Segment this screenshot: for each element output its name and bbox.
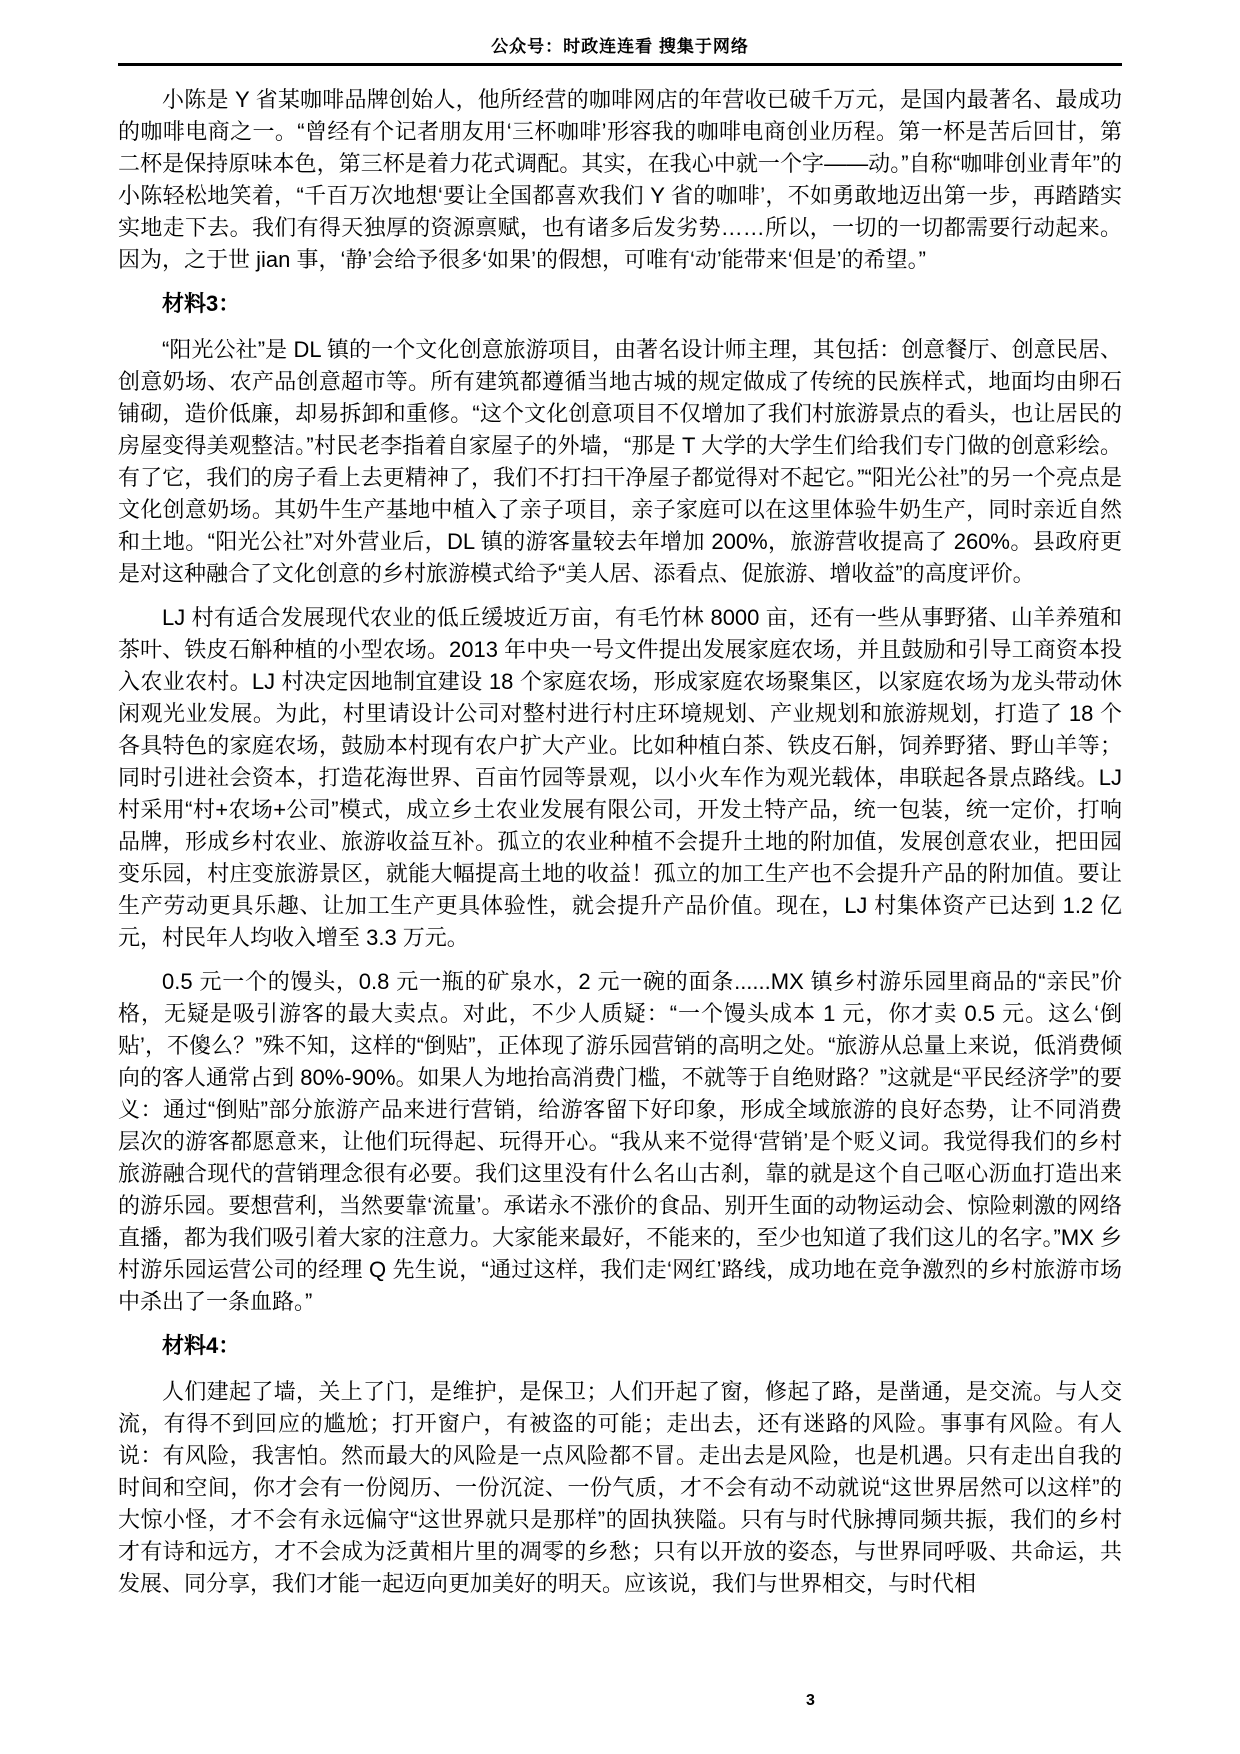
page-header: 公众号：时政连连看 搜集于网络 xyxy=(118,0,1122,66)
paragraph-walls-and-windows: 人们建起了墙，关上了门，是维护，是保卫；人们开起了窗，修起了路，是凿通，是交流。… xyxy=(118,1376,1122,1600)
header-rule xyxy=(118,63,1122,66)
material-3-heading: 材料3： xyxy=(118,288,1122,320)
material-4-heading: 材料4： xyxy=(118,1330,1122,1362)
paragraph-sunshine-commune: “阳光公社”是 DL 镇的一个文化创意旅游项目，由著名设计师主理，其包括：创意餐… xyxy=(118,334,1122,590)
paragraph-coffee-entrepreneur: 小陈是 Y 省某咖啡品牌创始人，他所经营的咖啡网店的年营收已破千万元，是国内最著… xyxy=(118,84,1122,276)
document-body: 小陈是 Y 省某咖啡品牌创始人，他所经营的咖啡网店的年营收已破千万元，是国内最著… xyxy=(118,84,1122,1612)
page-number: 3 xyxy=(806,1692,815,1710)
document-page: 公众号：时政连连看 搜集于网络 小陈是 Y 省某咖啡品牌创始人，他所经营的咖啡网… xyxy=(0,0,1240,1754)
header-title: 公众号：时政连连看 搜集于网络 xyxy=(118,36,1122,58)
paragraph-mx-amusement-park: 0.5 元一个的馒头，0.8 元一瓶的矿泉水，2 元一碗的面条......MX … xyxy=(118,966,1122,1318)
paragraph-lj-village: LJ 村有适合发展现代农业的低丘缓坡近万亩，有毛竹林 8000 亩，还有一些从事… xyxy=(118,602,1122,954)
